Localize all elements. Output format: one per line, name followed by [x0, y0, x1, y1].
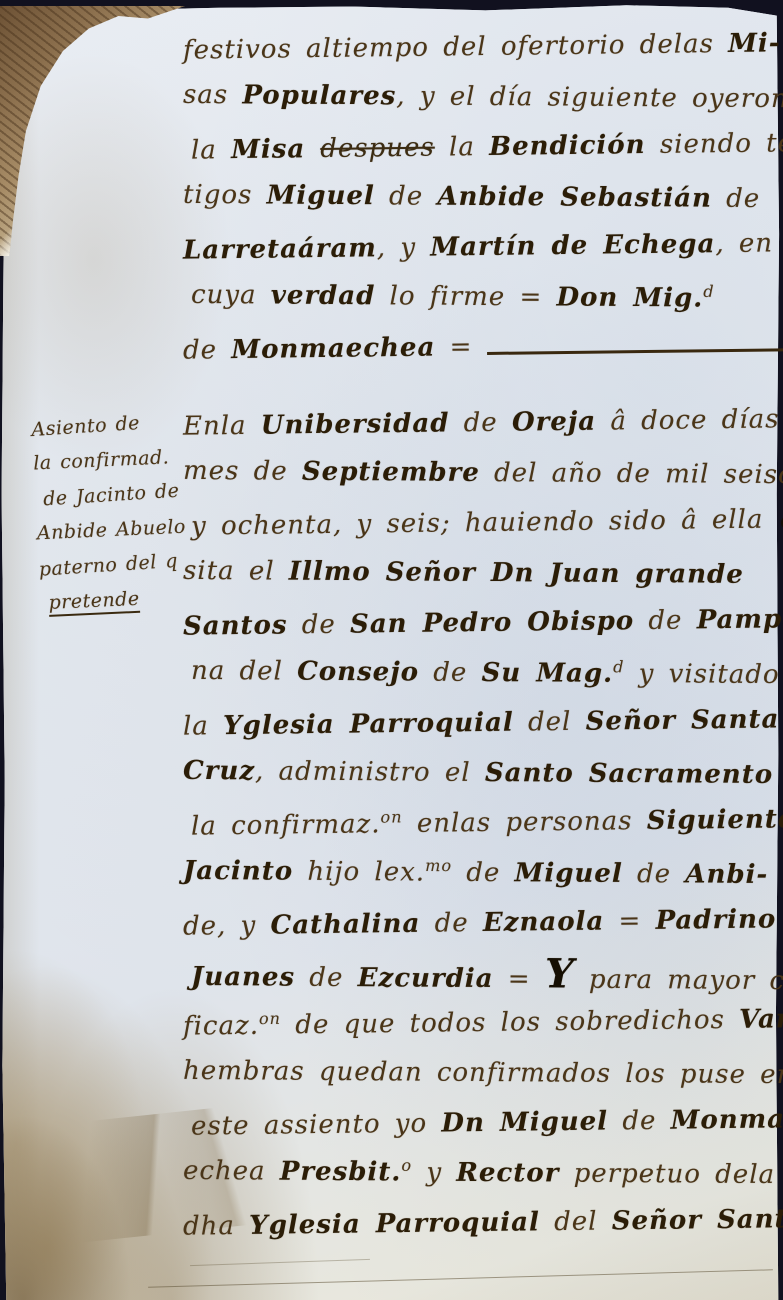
- manuscript-text-segment: o: [401, 1156, 412, 1175]
- manuscript-text-segment: la: [191, 135, 231, 165]
- manuscript-text-segment: Larretaáram: [183, 233, 377, 265]
- manuscript-text-segment: y visitado: [624, 659, 779, 690]
- manuscript-text-segment: y: [412, 1158, 456, 1188]
- manuscript-line: na del Consejo de Su Mag.d y visitado: [191, 646, 783, 700]
- manuscript-text-segment: hijo lex.: [293, 857, 425, 888]
- manuscript-line: la Yglesia Parroquial del Señor Santa: [183, 694, 783, 751]
- manuscript-text-segment: Señor Santa: [585, 704, 779, 736]
- manuscript-text-segment: de: [449, 408, 512, 439]
- manuscript-text-segment: este assiento yo: [191, 1109, 442, 1142]
- manuscript-text-segment: de: [420, 908, 483, 939]
- manuscript-text-segment: del: [514, 707, 586, 738]
- manuscript-text-segment: , y el día siguiente oyeron: [396, 81, 783, 114]
- manuscript-text-segment: de: [183, 335, 232, 366]
- manuscript-line: de Monmaechea =: [183, 318, 783, 375]
- manuscript-text-segment: Anbide Sebastián: [437, 182, 712, 214]
- manuscript-text-segment: mes de: [183, 456, 302, 487]
- manuscript-text-segment: San Pedro Obispo: [350, 606, 634, 639]
- manuscript-text-segment: Monma-: [670, 1104, 783, 1136]
- manuscript-text-segment: Yglesia Parroquial: [223, 708, 514, 742]
- manuscript-line: pretende: [48, 579, 191, 620]
- manuscript-text-segment: Oreja: [512, 407, 597, 438]
- manuscript-text-segment: na del: [191, 656, 297, 687]
- manuscript-text-segment: Rector: [456, 1158, 559, 1189]
- manuscript-text-segment: Populares: [242, 80, 396, 111]
- manuscript-text-segment: Anbi-: [685, 859, 768, 890]
- manuscript-text-segment: dha: [183, 1211, 250, 1242]
- manuscript-text-segment: la confirmaz.: [191, 809, 381, 841]
- manuscript-text-segment: Anbide Abuelo: [36, 516, 186, 545]
- manuscript-text-segment: Miguel: [515, 858, 623, 889]
- manuscript-line: Cruz, administro el Santo Sacramento de: [183, 746, 783, 800]
- manuscript-line: cuya verdad lo firme = Don Mig.d: [191, 270, 783, 324]
- manuscript-text-segment: verdad: [271, 280, 376, 311]
- manuscript-paragraph-confirmation-entry: Enla Unibersidad de Oreja â doce días de…: [183, 398, 783, 1248]
- manuscript-text-segment: Miguel: [267, 180, 375, 211]
- manuscript-text-segment: de que todos los sobredichos: [281, 1005, 740, 1041]
- manuscript-text-segment: mo: [425, 856, 452, 875]
- manuscript-text-segment: =: [435, 332, 487, 363]
- manuscript-line: Juanes de Ezcurdia = Y para mayor certi-: [191, 946, 783, 1000]
- manuscript-text-segment: Misa: [231, 134, 321, 165]
- manuscript-text-segment: Varones,: [739, 1003, 783, 1035]
- manuscript-line: hembras quedan confirmados los puse en: [183, 1046, 783, 1100]
- manuscript-text-segment: la confirmad.: [33, 446, 170, 474]
- manuscript-text-segment: de: [773, 760, 783, 790]
- manuscript-text-segment: Presbit.: [280, 1157, 402, 1188]
- manuscript-text-segment: Juanes: [191, 962, 295, 993]
- margin-note: Asiento dela confirmad.de Jacinto deAnbi…: [31, 404, 192, 622]
- manuscript-text-segment: de, y: [183, 911, 271, 942]
- manuscript-text-segment: Su Mag.: [481, 658, 613, 689]
- manuscript-line: sita el Illmo Señor Dn Juan grande: [183, 546, 783, 600]
- manuscript-text-segment: festivos altiempo del ofertorio delas: [183, 29, 728, 66]
- manuscript-text-segment: paterno del q: [38, 550, 178, 581]
- manuscript-text-segment: de: [287, 610, 350, 641]
- manuscript-text-segment: Don Mig.: [556, 282, 703, 313]
- manuscript-text-segment: Señor Santa: [612, 1204, 783, 1236]
- manuscript-text-segment: del año de mil seiscientos: [480, 458, 783, 491]
- manuscript-text-segment: de: [608, 1106, 671, 1137]
- manuscript-text-segment: Pamplo-: [697, 604, 783, 636]
- manuscript-line: este assiento yo Dn Miguel de Monma-: [191, 1094, 783, 1151]
- manuscript-text-segment: de: [634, 605, 697, 636]
- manuscript-text-segment: lo firme =: [375, 281, 556, 312]
- manuscript-line: festivos altiempo del ofertorio delas Mi…: [183, 18, 783, 75]
- manuscript-line: echea Presbit.o y Rector perpetuo dela: [183, 1146, 783, 1200]
- manuscript-line: tigos Miguel de Anbide Sebastián de: [183, 170, 783, 224]
- manuscript-text-segment: Jacinto: [183, 856, 293, 887]
- manuscript-line: ficaz.on de que todos los sobredichos Va…: [183, 994, 783, 1051]
- manuscript-text-segment: la: [183, 711, 223, 741]
- manuscript-text-segment: =: [604, 906, 656, 937]
- manuscript-text-segment: sita el: [183, 556, 289, 587]
- manuscript-line: la confirmaz.on enlas personas Siguiente…: [191, 794, 783, 851]
- manuscript-text-segment: del: [540, 1206, 612, 1237]
- manuscript-line: mes de Septiembre del año de mil seiscie…: [183, 446, 783, 500]
- manuscript-text-segment: pretende: [48, 588, 140, 617]
- manuscript-text-segment: on: [259, 1009, 281, 1028]
- manuscript-text-segment: perpetuo dela: [559, 1159, 775, 1191]
- manuscript-text-segment: â doce días del: [596, 404, 783, 437]
- manuscript-text-segment: Y: [545, 949, 575, 997]
- manuscript-text-segment: =: [493, 964, 545, 994]
- manuscript-text-segment: hembras quedan confirmados los puse en: [183, 1056, 783, 1090]
- manuscript-text-segment: Mi-: [728, 28, 781, 59]
- manuscript-text-segment: , y: [377, 233, 431, 264]
- manuscript-text-segment: Illmo Señor Dn Juan grande: [289, 557, 744, 590]
- manuscript-line: Jacinto hijo lex.mo de Miguel de Anbi-: [183, 846, 783, 900]
- manuscript-text-segment: cuya: [191, 280, 271, 311]
- manuscript-text-segment: on: [380, 807, 402, 826]
- manuscript-line: dha Yglesia Parroquial del Señor Santa: [183, 1194, 783, 1251]
- manuscript-text-segment: echea: [183, 1156, 280, 1187]
- manuscript-text-segment: Martín de Echega: [430, 229, 715, 262]
- manuscript-text-segment: Eznaola: [483, 907, 605, 938]
- manuscript-text-segment: Siguientes: [647, 804, 783, 836]
- manuscript-line: de, y Cathalina de Eznaola = Padrino: [183, 894, 783, 951]
- manuscript-text-segment: para mayor certi-: [575, 965, 783, 997]
- manuscript-text-segment: de: [452, 858, 515, 888]
- manuscript-text-segment: Septiembre: [302, 457, 480, 488]
- manuscript-text-segment: de Jacinto de: [42, 480, 180, 511]
- manuscript-text-segment: Ezcurdia: [358, 963, 494, 994]
- manuscript-text-segment: Asiento de: [31, 412, 141, 441]
- manuscript-line: Larretaáram, y Martín de Echega, en: [183, 218, 783, 275]
- manuscript-paragraph-previous-entry: festivos altiempo del ofertorio delas Mi…: [183, 22, 783, 372]
- manuscript-text-segment: sas: [183, 80, 243, 110]
- manuscript-text-segment: Yglesia Parroquial: [249, 1207, 540, 1241]
- manuscript-text-segment: enlas personas: [402, 806, 646, 839]
- manuscript-text-segment: Cruz: [183, 756, 255, 787]
- manuscript-text-segment: , administro el: [255, 756, 485, 788]
- manuscript-text-segment: de: [419, 658, 482, 688]
- manuscript-text-segment: despues: [320, 133, 435, 164]
- manuscript-line: y ochenta, y seis; hauiendo sido â ella …: [191, 494, 783, 551]
- manuscript-text-segment: Padrino: [655, 904, 776, 935]
- manuscript-text-segment: siendo tes-: [645, 128, 783, 160]
- manuscript-text-segment: Santo Sacramento: [485, 758, 773, 790]
- manuscript-line: Santos de San Pedro Obispo de Pamplo-: [183, 594, 783, 651]
- manuscript-text-segment: ficaz.: [183, 1011, 259, 1042]
- manuscript-text-segment: Santos: [183, 610, 288, 641]
- manuscript-line: Enla Unibersidad de Oreja â doce días de…: [183, 394, 783, 451]
- manuscript-text-segment: Unibersidad: [261, 408, 450, 440]
- manuscript-text-segment: de: [295, 963, 358, 993]
- manuscript-text-segment: Consejo: [297, 657, 419, 688]
- manuscript-text-segment: , en: [715, 228, 773, 259]
- manuscript-text-segment: Enla: [183, 411, 261, 442]
- manuscript-text-segment: d: [703, 282, 714, 301]
- manuscript-text-segment: y ochenta, y seis; hauiendo sido â ella: [191, 504, 778, 541]
- manuscript-text-segment: la: [435, 132, 490, 163]
- manuscript-text-segment: de: [623, 859, 686, 889]
- manuscript-text-segment: tigos: [183, 180, 267, 211]
- manuscript-line: la Misa despues la Bendición siendo tes-: [191, 118, 783, 175]
- manuscript-text-segment: de: [712, 184, 761, 214]
- manuscript-text-segment: [487, 334, 783, 355]
- manuscript-text-segment: Bendición: [489, 130, 646, 162]
- manuscript-text-segment: d: [613, 657, 624, 676]
- manuscript-text-segment: Dn Miguel: [441, 1107, 608, 1139]
- manuscript-text-segment: Monmaechea: [231, 333, 435, 365]
- manuscript-text-segment: Cathalina: [270, 909, 420, 941]
- manuscript-line: sas Populares, y el día siguiente oyeron: [183, 70, 783, 124]
- manuscript-text-segment: de: [375, 181, 438, 211]
